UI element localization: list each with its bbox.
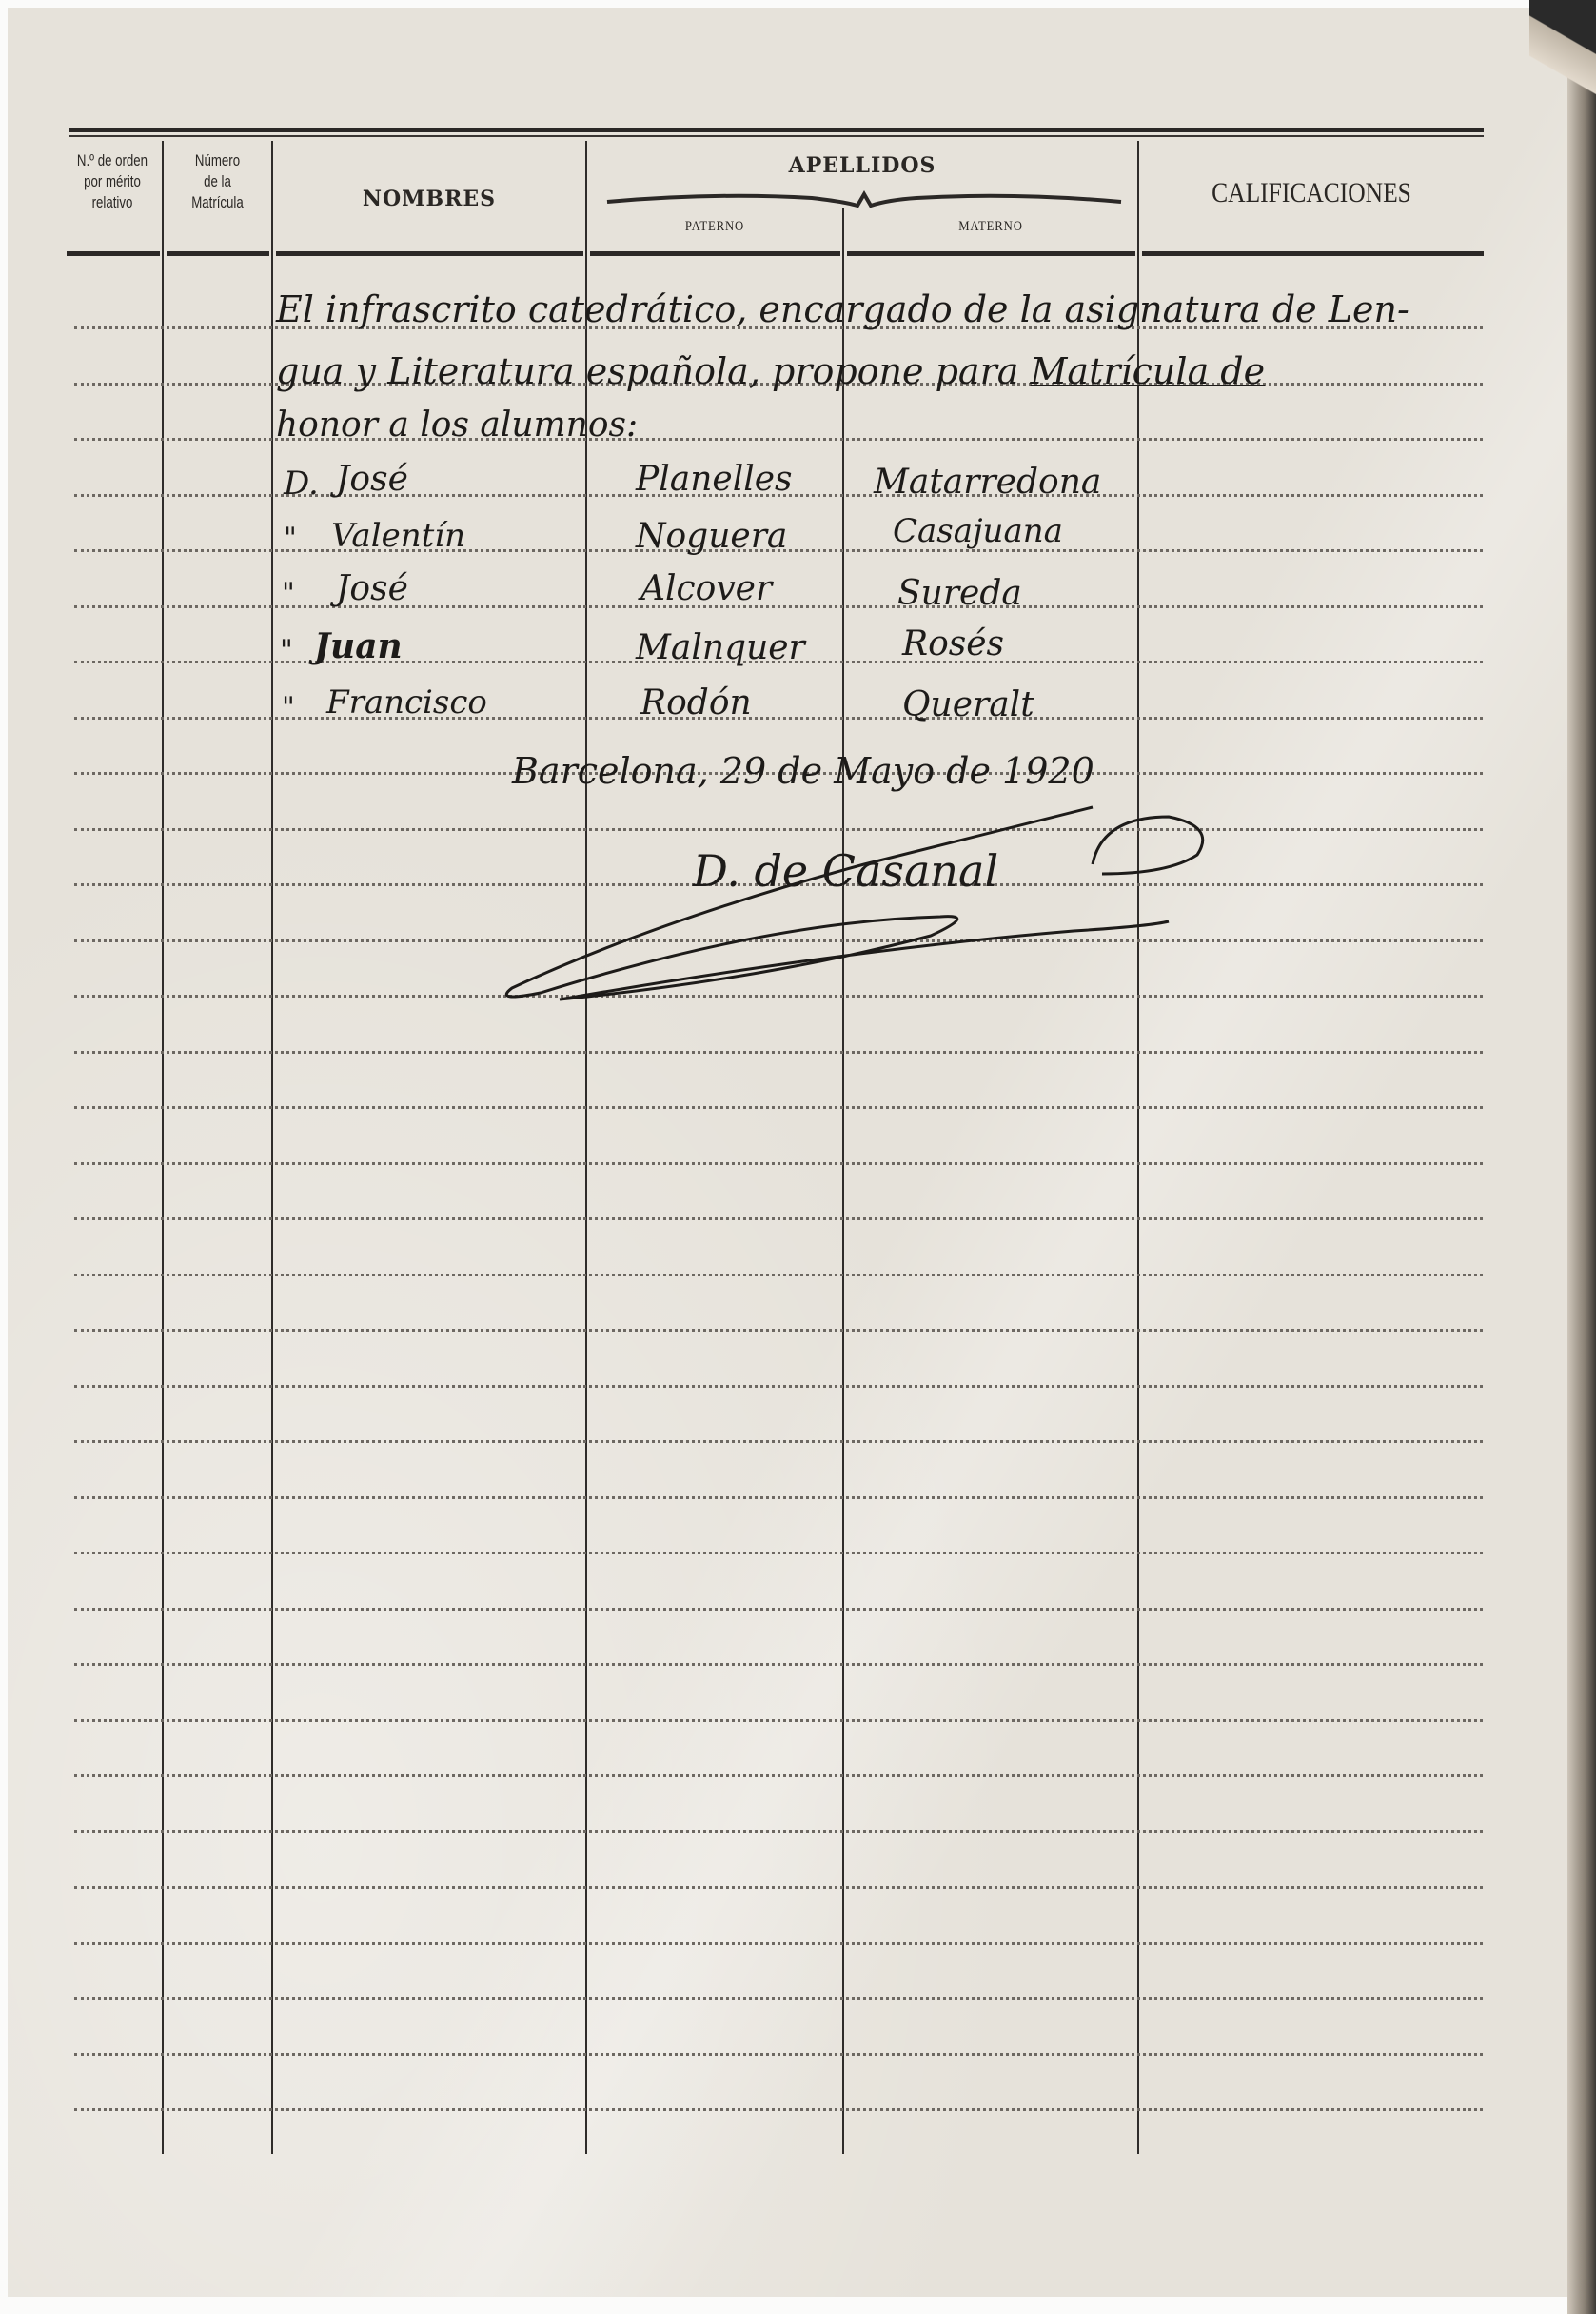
ruled-row-line: [74, 1552, 1483, 1554]
header-orden-line: por mérito: [73, 171, 150, 192]
header-materno: MATERNO: [866, 219, 1115, 235]
paragraph-line-3: honor a los alumnos:: [276, 405, 638, 445]
header-orden-line: N.º de orden: [73, 150, 150, 171]
header-matricula: Número de la Matrícula: [175, 150, 259, 213]
student-paterno: Alcover: [640, 569, 772, 608]
divider-materno-calificaciones: [1137, 141, 1139, 2154]
ruled-row-line: [74, 1329, 1483, 1332]
ruled-row-line: [74, 1106, 1483, 1109]
divider-orden-matricula: [162, 141, 164, 2154]
student-paterno: Planelles: [636, 460, 793, 499]
student-prefix: ": [284, 522, 297, 555]
ruled-row-line: [74, 1886, 1483, 1889]
top-double-rule-thin: [69, 135, 1484, 137]
student-nombre: José: [336, 460, 408, 499]
student-nombre: Juan: [314, 626, 403, 666]
student-prefix: ": [280, 634, 293, 667]
student-paterno: Malnquer: [636, 628, 805, 667]
ruled-row-line: [74, 1162, 1483, 1165]
ruled-row-line: [74, 1051, 1483, 1054]
paragraph-line-2: gua y Literatura española, propone para …: [276, 350, 1265, 392]
student-materno: Rosés: [902, 624, 1004, 663]
ruled-row-line: [74, 1719, 1483, 1722]
paragraph-line-2-text: gua y Literatura española, propone para: [276, 350, 1018, 392]
ruled-row-line: [74, 1608, 1483, 1611]
header-orden-line: relativo: [73, 192, 150, 213]
paragraph-line-1: El infrascrito catedrático, encargado de…: [276, 288, 1409, 330]
header-apellidos: APELLIDOS: [587, 153, 1137, 178]
header-paterno: PATERNO: [606, 219, 823, 235]
underlined-matricula: Matrícula de: [1031, 350, 1266, 392]
ruled-row-line: [74, 1440, 1483, 1443]
header-matricula-line: Matrícula: [175, 192, 259, 213]
student-paterno: Rodón: [640, 683, 752, 722]
header-orden: N.º de orden por mérito relativo: [73, 150, 150, 213]
ruled-row-line: [74, 2108, 1483, 2111]
student-materno: Sureda: [897, 574, 1022, 613]
apellidos-brace-ornament: [602, 185, 1126, 209]
header-underline: [590, 251, 840, 256]
student-paterno: Noguera: [636, 517, 787, 556]
header-underline: [67, 251, 160, 256]
header-underline: [276, 251, 583, 256]
signature-flourish: [483, 750, 1245, 1017]
student-prefix: ": [282, 691, 295, 724]
ruled-row-line: [74, 1496, 1483, 1499]
ruled-row-line: [74, 1997, 1483, 2000]
header-underline: [1142, 251, 1484, 256]
ruled-row-line: [74, 2053, 1483, 2056]
ruled-row-line: [74, 1774, 1483, 1777]
ruled-row-line: [74, 1217, 1483, 1220]
student-prefix: ": [282, 577, 295, 610]
header-calificaciones: CALIFICACIONES: [1165, 177, 1458, 209]
divider-paterno-materno: [842, 208, 844, 2154]
student-materno: Queralt: [902, 685, 1034, 724]
book-spine-edge: [1567, 0, 1596, 2314]
ledger-page: N.º de orden por mérito relativo Número …: [8, 8, 1568, 2297]
header-matricula-line: de la: [175, 171, 259, 192]
student-nombre: Valentín: [331, 517, 465, 555]
header-underline: [167, 251, 269, 256]
student-nombre: José: [336, 569, 408, 608]
folded-corner: [1529, 0, 1596, 95]
header-underline: [847, 251, 1135, 256]
top-double-rule: [69, 128, 1484, 132]
header-nombres: NOMBRES: [273, 187, 585, 211]
ruled-row-line: [74, 1830, 1483, 1833]
header-matricula-line: Número: [175, 150, 259, 171]
divider-matricula-nombres: [271, 141, 273, 2154]
ruled-row-line: [74, 1663, 1483, 1666]
ruled-row-line: [74, 1942, 1483, 1945]
ruled-row-line: [74, 1274, 1483, 1276]
student-materno: Casajuana: [893, 512, 1063, 550]
student-nombre: Francisco: [326, 683, 487, 722]
student-prefix: D.: [284, 465, 319, 503]
student-materno: Matarredona: [874, 463, 1101, 502]
ruled-row-line: [74, 1385, 1483, 1388]
